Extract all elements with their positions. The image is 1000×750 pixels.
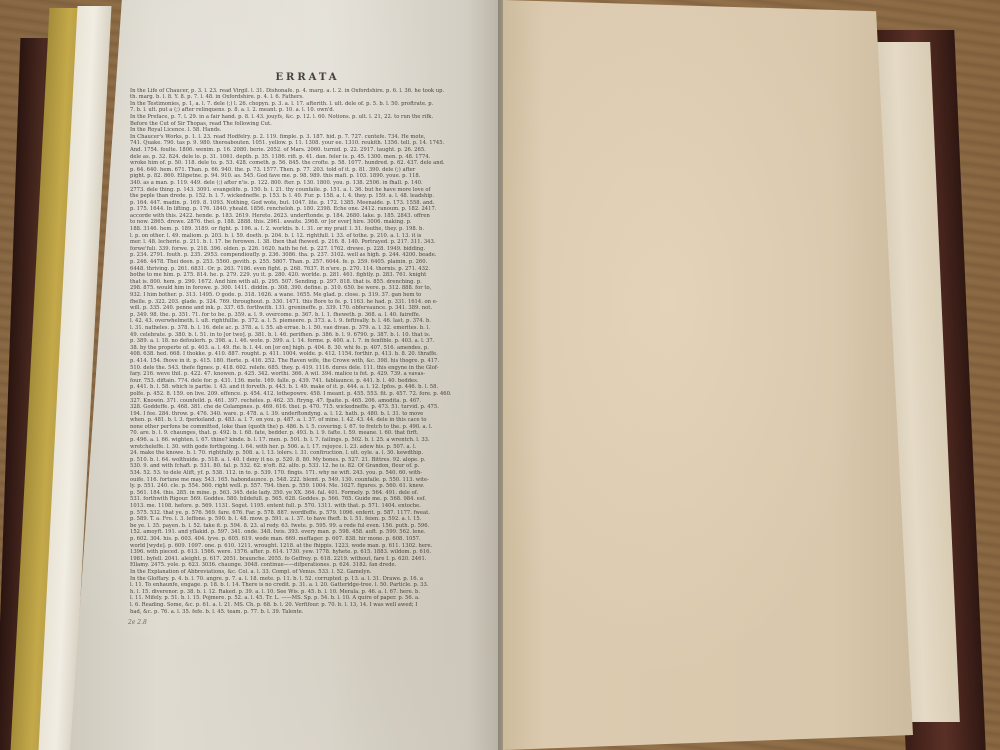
errata-line: th. marg. b. l. 8. Y. 8. p. 7. l. 48. in… [130,94,485,101]
errata-line: ouife. 116. fortune me may. 543. 165. ha… [130,477,485,484]
photo-scene: ERRATA In the Life of Chaucer, p. 3. l. … [0,0,1000,750]
errata-line: 7. b. l. ult. put a (;) after relinquens… [130,107,485,114]
errata-line: 70. are. b. l. 9. chaunges, that. p. 492… [130,430,485,437]
errata-line: p. 496. a. l. 66. wighten. l. 67. thine?… [130,437,485,444]
errata-line: l. p. on other. l. 49. maliom. p. 203. b… [130,233,485,240]
errata-line: 6448. thriving. p. 261. 6831. Or. p. 263… [130,266,485,273]
errata-line: 2773. dele thing. p. 143. 3091. evangeli… [130,187,485,194]
errata-line: In the Royal Licence. l. 58. Hands. [130,127,485,134]
errata-line: l. 6. Reading. Some, &c. p. 61. a. l. 21… [130,602,485,609]
errata-line: p. 561. 184. this. 285. in mine. p. 563.… [130,490,485,497]
errata-line: 340. as a man. p. 119. 449. dele (;) aft… [130,180,485,187]
errata-line: fhelle. p. 322. 203. glade. p. 324. 769.… [130,299,485,306]
errata-line: 38. by the properte of. p. 403. a. l. 49… [130,345,485,352]
errata-line: p. 414. 154. fhove in it. p. 415. 180. f… [130,358,485,365]
errata-line: l. 11. Mifely. p. 51. b. l. 15. Pojmere.… [130,595,485,602]
errata-line: 49. celebrate. p. 380. b. l. 51. in to [… [130,332,485,339]
errata-line: 932. I him bother. p. 313. 1495. O gode.… [130,292,485,299]
errata-line: will. p. 335. 240. penne and ink. p. 337… [130,305,485,312]
errata-line: 1981. byfell. 2041. aleight. p. 617. 205… [130,556,485,563]
errata-line: bothe to me him. p. 275. 814. he. p. 279… [130,272,485,279]
right-blank-page [503,0,913,750]
errata-line: p. 234. 2791. fouth. p. 235. 2953. compe… [130,252,485,259]
errata-line: Ellamy. 2475. yole. p. 623. 3036. chaung… [130,562,485,569]
errata-line: fary. 216. weve thil. p. 422. 47. knowen… [130,371,485,378]
errata-line: In the Gloffary. p. 4. b. l. 70. angre. … [130,576,485,583]
errata-line: to now. 2865. drewe. 2876. thei. p. 188.… [130,219,485,226]
errata-line: In the Testimonies, p. 1, a. l. 7. dele … [130,101,485,108]
errata-line: accorde with this. 2422. hende. p. 183. … [130,213,485,220]
errata-line: ly. p. 551. 240. cle. p. 554. 560. right… [130,483,485,490]
errata-title: ERRATA [130,75,485,82]
errata-line: dele as. p. 32. 824. dele lo. p. 31. 106… [130,154,485,161]
errata-line: 194. I fee. 284. throw. p. 476. 340. war… [130,411,485,418]
errata-line: mer. l. 48. lecherie. p. 211. b. l. 17. … [130,239,485,246]
errata-line: 152. amoyft. 191. and yflakid. p. 597. 3… [130,529,485,536]
pencil-annotation: 2e 2.8 [128,619,147,626]
errata-line: 741. Quake. 790. tas p. 9. 980. thereabo… [130,140,485,147]
errata-line: the peple than drede. p. 152. b. l. 7. w… [130,193,485,200]
errata-line: p. 589. T. a. Fro. l. 3. leffone. p. 590… [130,516,485,523]
errata-line: p. 175. 1644. In lifting. p. 176. 1840. … [130,206,485,213]
errata-line: wretcheleffe. l. 30. with gode forthgoin… [130,444,485,451]
errata-line: 531. forthwith Rigour. 569. Goddes. 580.… [130,496,485,503]
errata-line: 530. 9. and with fchaft. p. 531. 80. fal… [130,463,485,470]
errata-line: 408. 638. hed. 668. I thokke. p. 410. 88… [130,351,485,358]
errata-line: forwe'fuli. 339. forwe. p. 218. 396. old… [130,246,485,253]
errata-text-block: ERRATA In the Life of Chaucer, p. 3. l. … [130,75,485,615]
errata-line: In the Preface, p. 7. l. 29. in a fair h… [130,114,485,121]
errata-line: 510. dele the. 543. thefe fignes. p. 418… [130,365,485,372]
errata-line: p. 441. b. l. 58. which is partie. l. 43… [130,384,485,391]
errata-line: none other perfons be committed, loke th… [130,424,485,431]
errata-line: In the Life of Chaucer, p. 3. l. 23. rea… [130,88,485,95]
errata-line: p. 246. 4478. Thei deen. p. 253. 5560. g… [130,259,485,266]
errata-line: p. 575. 532. that ye. p. 576. 569. fare.… [130,510,485,517]
errata-line: wroke him of. p. 50. 118. dele to. p. 53… [130,160,485,167]
errata-line: when. p. 481. b. l. 3. fperkeland. p. 48… [130,417,485,424]
errata-line: h. l. 15. diverenor. p. 38. b. l. 12. Ra… [130,589,485,596]
errata-line: Before the Cut of Sir Thopas, read The f… [130,121,485,128]
errata-line: p. 510. b. l. 64. wolthuide. p. 518. a. … [130,457,485,464]
errata-line: 1013. me. 1108. hefore. p. 569. 1131. So… [130,503,485,510]
errata-line: be ye. l. 35. payen. b. l. 52. take it. … [130,523,485,530]
errata-line: In Chaucer's Works, p. 1. l. 23. read Ho… [130,134,485,141]
errata-line: 327. Knowin. 371. counfeild. p. 461. 397… [130,398,485,405]
errata-line: p. 164. 447. madin. p. 169. 8. 1093. Not… [130,200,485,207]
errata-line: 1396. with pieced. p. 613. 1566. were. 1… [130,549,485,556]
errata-line: p. 389. a. l. 18. no defoulerh. p. 398. … [130,338,485,345]
errata-line: And. 1754. foulte. 1806. wenim. p. 16. 2… [130,147,485,154]
errata-line: In the Explanation of Abbreviations, &c.… [130,569,485,576]
errata-line: p. 64. 640. hem. 671. Than. p. 66. 940. … [130,167,485,174]
errata-line: p. 349. 98. the. p. 351. 71. for to be. … [130,312,485,319]
errata-line: world [wyde]. p. 609. 1097. one. p. 610.… [130,543,485,550]
errata-line: pight. p. 82. 860. Ellipetne. p. 94. 910… [130,173,485,180]
errata-line: 534. 52. 53. to dele Alift, yf. p. 538. … [130,470,485,477]
errata-line: 188. 3146. hem. p. 189. 3189. or fight. … [130,226,485,233]
errata-line: four. 753. diftain. 774. dele for. p. 43… [130,378,485,385]
errata-line: l. 11. To enhaunfe, engage. p. 18. b. l.… [130,582,485,589]
errata-line: had, &c. p. 76. a. l. 35. fefe. b. l. 45… [130,609,485,616]
errata-line: p. 602. 304. his. p. 603. 404. lyve. p. … [130,536,485,543]
errata-line: 24. make the knowe. b. l. 70. rightfully… [130,450,485,457]
errata-line: 298. 875. would him in forowe. p. 300. 1… [130,285,485,292]
errata-line: 328. Goddeffe. p. 468. 381. che de Colam… [130,404,485,411]
errata-line: polfe. p. 452. 8. 159. on live. 209. eff… [130,391,485,398]
errata-lines: In the Life of Chaucer, p. 3. l. 23. rea… [130,88,485,616]
errata-line: l. 31. natheles. p. 378. b. l. 16. dele … [130,325,485,332]
errata-line: that is. 800. hem. p. 290. 1672. And him… [130,279,485,286]
errata-line: l. 42. 43. overwhelmeth. l. ult. rightfu… [130,318,485,325]
